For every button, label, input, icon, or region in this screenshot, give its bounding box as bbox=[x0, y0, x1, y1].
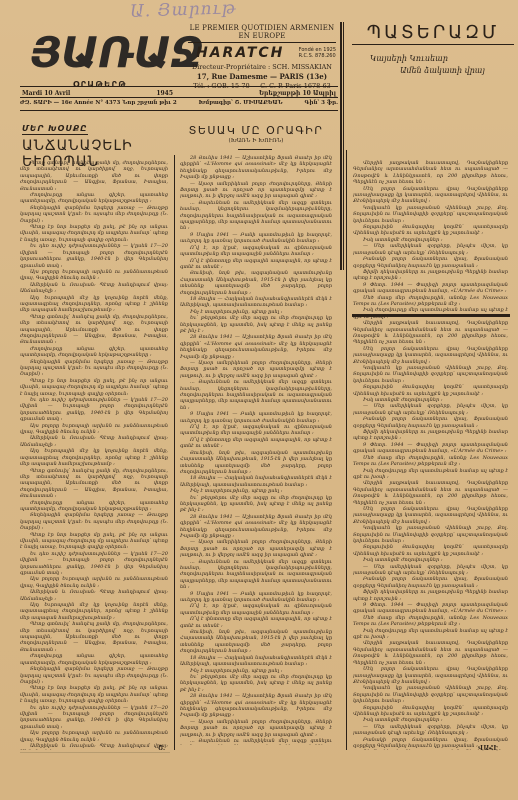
article-paragraph: Յունիսի, նոյն թիւ, ազգայնական պատմութիւն… bbox=[180, 270, 332, 296]
article-paragraph: Պէտք գտնուիլ՝ հանդէպ քանի մը, ժողովուրդն… bbox=[20, 314, 168, 346]
article-paragraph: Իսկ ժողովուրդը մեր պատմութեան համար ալ պ… bbox=[353, 628, 508, 641]
article-paragraph: Ո՞վ է փնտռողը մեր ազգային ապագային, որ պ… bbox=[180, 258, 332, 271]
article-paragraph: Ո՞վ է փնտռողը մեր ազգային ապագային, որ պ… bbox=[180, 616, 332, 629]
article-paragraph: Ո՞վ է, որ կ'ըսէ, ազգայնական ու զինուորակ… bbox=[180, 603, 332, 616]
article-paragraph: Եւ դեռ ուրիշ դժբախտութիւններ — կ'ըսեն 17… bbox=[20, 705, 168, 731]
article-paragraph: Վերջին յաղթական հաւատալով, Դաշնակիցները … bbox=[353, 480, 508, 506]
masthead-address: 17, Rue Damesme — PARIS (13e) bbox=[188, 72, 336, 81]
article-paragraph: Պէտք էր նոր հարցեր մը ըսել, թէ ինչ որ ան… bbox=[20, 685, 168, 704]
article-paragraph: 18 Յուլիս — Հայկական նախահանգիստներէն մէ… bbox=[180, 475, 332, 488]
footer-rule bbox=[20, 752, 170, 753]
article-paragraph: Ամերիկան և Ռուսիան: Պէտք հանդիպում վրայ։… bbox=[20, 282, 168, 295]
article-paragraph: Մէկ բոլոր ճակատներու վրայ Դաշնակիցները յ… bbox=[353, 506, 508, 525]
article-paragraph: Տեղեկացին զարնիմա երգերը յառաջ — Թուղթը … bbox=[20, 666, 168, 685]
article-paragraph: Եւ դեռ ուրիշ դժբախտութիւններ — կ'ըսեն 17… bbox=[20, 551, 168, 577]
masthead-founded: Fondé en 1925 R.C.S. 878.260 bbox=[299, 47, 336, 59]
article-paragraph: Կովկասէն կը յառաջանան Վիեննայի շուրջ, Քո… bbox=[353, 525, 508, 544]
article-paragraph: Տեղեկացին զարնիմա երգերը յառաջ — Թուղթը … bbox=[20, 512, 168, 531]
article-paragraph: Վերջին յաղթական հաւատալով, Դաշնակիցները … bbox=[353, 640, 508, 666]
column-divider bbox=[343, 22, 344, 270]
left-article-kicker: ՄԵՐ ԽՕՍՔԸ bbox=[22, 124, 88, 135]
article-paragraph: — Այսօր ամերիկեան բոլոր ժողովուրդները, Յ… bbox=[180, 181, 332, 200]
article-paragraph: Ամերիկան և Ռուսիան: Պէտք հանդիպում վրայ։… bbox=[20, 589, 168, 602]
article-paragraph: Ֆիլմի ղեկավարները ու յաղթութիւնը Պերլինի… bbox=[353, 589, 508, 602]
article-paragraph: — Այսօր ամերիկեան բոլոր ժողովուրդները, Յ… bbox=[180, 539, 332, 558]
masthead-tagline: LE PREMIER QUOTIDIEN ARMENIEN EN EUROPE bbox=[188, 24, 336, 43]
article-paragraph: Տոլպուխին Յունգարիոյ կողմէն՝ պատերազմը Վ… bbox=[353, 224, 508, 237]
center-divider bbox=[238, 149, 272, 150]
article-paragraph: Բանակի բոլոր ճակատներու վրայ, Ֆրանսական … bbox=[353, 416, 508, 429]
article-paragraph: 28 Յունիս 1941 — Աշխատէինք Ֆրան Յասէր իր… bbox=[180, 514, 332, 540]
article-paragraph: 9 Փետր. 1944 — Փարիզի բոլոր պատերազմական… bbox=[353, 442, 508, 455]
article-paragraph: Վերջին յաղթական հաւատալով, Դաշնակիցները … bbox=[353, 320, 508, 346]
article-paragraph: Ժողովուրդը անցաւ գիշեր, պատահեց պատերազմ… bbox=[20, 653, 168, 666]
center-article-subhead: (ԽԱՌՆ Ի ԽՈՒՌՆ) bbox=[180, 138, 332, 144]
article-paragraph: — Մեր ամերիկեան զօրքերը, ինչպէս միշտ, կը… bbox=[353, 243, 508, 256]
article-paragraph: Եւ դեռ ուրիշ դժբախտութիւններ — կ'ըսեն 17… bbox=[20, 243, 168, 269]
article-paragraph: Բանակի բոլոր ճակատներու վրայ, Ֆրանսական … bbox=[353, 256, 508, 269]
article-paragraph: Պէտք էր նոր հարցեր մը ըսել, թէ ինչ որ ան… bbox=[20, 378, 168, 397]
left-article-signature: Շ. bbox=[158, 745, 165, 752]
article-paragraph: Մեծ մասը մեր ժողովուրդին, անոնք Les Nouv… bbox=[353, 295, 508, 308]
article-paragraph: Կովկասէն կը յառաջանան Վիեննայի շուրջ, Քո… bbox=[353, 685, 508, 704]
article-paragraph: — Այսօր ամերիկեան բոլոր ժողովուրդները, Յ… bbox=[180, 360, 332, 379]
article-paragraph: 28 Յունիս 1941 — Աշխատէինք Ֆրան Յասէր իր… bbox=[180, 693, 332, 719]
article-paragraph: Կովկասէն կը յառաջանան Վիեննայի շուրջ, Քո… bbox=[353, 205, 508, 224]
article-paragraph: Յունիսի, նոյն թիւ, ազգայնական պատմութիւն… bbox=[180, 629, 332, 655]
article-paragraph: Պէտք էր նոր հարցեր մը ըսել, թէ ինչ որ ան… bbox=[20, 532, 168, 551]
article-paragraph: 28 Յունիս 1941 — Աշխատէինք Ֆրան Յասէր իր… bbox=[180, 155, 332, 181]
article-paragraph: ... Յարեւնեան ու ամերիկեան մեր ազգը գտնե… bbox=[180, 559, 332, 591]
article-paragraph: Ամերիկան և Ռուսիան: Պէտք հանդիպում վրայ։… bbox=[20, 743, 168, 750]
article-paragraph: Այս բոլորը Եւրոպայի արիւնն ու յանձնառութ… bbox=[20, 730, 168, 743]
article-paragraph: Այս բոլորը Եւրոպայի արիւնն ու յանձնառութ… bbox=[20, 423, 168, 436]
left-article-body: Պէտք գտնուիլ՝ հանդէպ քանի մը, ժողովուրդն… bbox=[20, 160, 168, 750]
article-paragraph: — Մեր ամերիկեան զօրքերը, ինչպէս միշտ, կը… bbox=[353, 403, 508, 416]
editor: Խմբագիր՝ Շ. ՄԻՍԱՔԵԱՆ bbox=[199, 100, 283, 110]
article-paragraph: Ֆիլմի ղեկավարները ու յաղթութիւնը Պերլինի… bbox=[353, 429, 508, 442]
article-paragraph: Այս բոլորը Եւրոպայի արիւնն ու յանձնառութ… bbox=[20, 576, 168, 589]
article-paragraph: Տոլպուխին Յունգարիոյ կողմէն՝ պատերազմը Վ… bbox=[353, 544, 508, 557]
article-paragraph: Մէկ բոլոր ճակատներու վրայ Դաշնակիցները յ… bbox=[353, 666, 508, 685]
masthead-director: Directeur-Propriétaire : SCH. MISSAKIAN bbox=[188, 63, 336, 71]
price: Գին՝ 3 ֆր. bbox=[305, 100, 338, 110]
article-paragraph: 9 Մայիս 1941 — Բանի պատմութիւն կը հաղորդ… bbox=[180, 591, 332, 604]
right-article-signature: ՎԱՀԷ bbox=[478, 745, 498, 752]
article-paragraph: Ո՞վ է, որ կ'ըսէ, ազգայնական ու զինուորակ… bbox=[180, 424, 332, 437]
article-paragraph: Տեղեկացին զարնիմա երգերը յառաջ — Թուղթը … bbox=[20, 205, 168, 224]
article-paragraph: Եւ՝ թերթերու մէջ մեր ազգը ու մեր ժողովու… bbox=[180, 674, 332, 693]
right-column-title: ՊԱՏԵՐԱԶՄ bbox=[352, 22, 514, 45]
masthead-logo: ՅԱՌԱՋ bbox=[30, 28, 170, 77]
article-paragraph: Ժողովուրդը անցաւ գիշեր, պատահեց պատերազմ… bbox=[20, 192, 168, 205]
rcs-text: R.C.S. 878.260 bbox=[299, 53, 336, 59]
issue-info: ԺԶ. ՏԱՐԻ — 16e Année N° 4373 Նոր շրջան թ… bbox=[20, 97, 338, 111]
column-divider bbox=[174, 155, 175, 750]
article-paragraph: Պէտք գտնուիլ՝ հանդէպ քանի մը, ժողովուրդն… bbox=[20, 621, 168, 653]
article-paragraph: Այս բոլորը Եւրոպայի արիւնն ու յանձնառութ… bbox=[20, 269, 168, 282]
issue-number: ԺԶ. ՏԱՐԻ — 16e Année N° 4373 Նոր շրջան թ… bbox=[20, 100, 177, 110]
article-paragraph: Պէտք գտնուիլ՝ հանդէպ քանի մը, ժողովուրդն… bbox=[20, 160, 168, 192]
article-paragraph: Բանակի բոլոր ճակատներու վրայ, Ֆրանսական … bbox=[353, 576, 508, 589]
article-paragraph: Տեղեկացին զարնիմա երգերը յառաջ — Թուղթը … bbox=[20, 359, 168, 378]
article-paragraph: Ժողովուրդը անցաւ գիշեր, պատահեց պատերազմ… bbox=[20, 500, 168, 513]
article-paragraph: 18 Յուլիս — Հայկական նախահանգիստներէն մէ… bbox=[180, 296, 332, 309]
article-paragraph: — Մեր ամերիկեան զօրքերը, ինչպէս միշտ, կը… bbox=[353, 724, 508, 737]
column-divider bbox=[346, 150, 347, 750]
article-paragraph: Վերջին յաղթական հաւատալով, Դաշնակիցները … bbox=[353, 160, 508, 186]
article-paragraph: ... Յարեւնեան ու ամերիկեան մեր ազգը գտնե… bbox=[180, 738, 332, 745]
article-paragraph: 9 Մայիս 1941 — Բանի պատմութիւն կը հաղորդ… bbox=[180, 411, 332, 424]
article-paragraph: — Մեր ամերիկեան զօրքերը, ինչպէս միշտ, կը… bbox=[353, 564, 508, 577]
article-paragraph: Եւ՝ թերթերու մէջ մեր ազգը ու մեր ժողովու… bbox=[180, 495, 332, 514]
article-paragraph: Իսկ ժողովուրդը մեր պատմութեան համար ալ պ… bbox=[353, 468, 508, 481]
article-paragraph: Ֆիլմի ղեկավարները ու յաղթութիւնը Պերլինի… bbox=[353, 269, 508, 282]
article-paragraph: Պէտք գտնուիլ՝ հանդէպ քանի մը, ժողովուրդն… bbox=[20, 468, 168, 500]
article-paragraph: Մէկ բոլոր ճակատներու վրայ Դաշնակիցները յ… bbox=[353, 186, 508, 205]
article-paragraph: Ո՞վ է փնտռողը մեր ազգային ապագային, որ պ… bbox=[180, 437, 332, 450]
article-paragraph: Ժողովուրդը անցաւ գիշեր, պատահեց պատերազմ… bbox=[20, 346, 168, 359]
article-paragraph: — Այսօր ամերիկեան բոլոր ժողովուրդները, Յ… bbox=[180, 719, 332, 738]
center-article-headline: ՏԵՍԱԿ ՄԸ ՕՐԱԳԻՐ bbox=[180, 124, 332, 137]
article-paragraph: ... Յարեւնեան ու ամերիկեան մեր ազգը գտնե… bbox=[180, 200, 332, 232]
article-paragraph: Ամերիկան և Ռուսիան: Պէտք հանդիպում վրայ։… bbox=[20, 435, 168, 448]
masthead-name-text: HARATCH bbox=[196, 45, 284, 61]
article-paragraph: Կովկասէն կը յառաջանան Վիեննայի շուրջ, Քո… bbox=[353, 365, 508, 384]
article-paragraph: Տոլպուխին Յունգարիոյ կողմէն՝ պատերազմը Վ… bbox=[353, 705, 508, 718]
article-paragraph: Մեծ մասը մեր ժողովուրդին, անոնք Les Nouv… bbox=[353, 455, 508, 468]
article-paragraph: 28 Յունիս 1941 — Աշխատէինք Ֆրան Յասէր իր… bbox=[180, 334, 332, 360]
article-paragraph: 9 Մայիս 1941 — Բանի պատմութիւն կը հաղորդ… bbox=[180, 232, 332, 245]
right-article-subtitle-1: Կայսերի Կուսեար bbox=[370, 54, 448, 63]
masthead-info: LE PREMIER QUOTIDIEN ARMENIEN EN EUROPE … bbox=[188, 24, 336, 90]
article-paragraph: 9 Փետր. 1944 — Փարիզի բոլոր պատերազմական… bbox=[353, 602, 508, 615]
right-article-subtitle-2: Ամեն ձակատի վրայ bbox=[400, 66, 485, 75]
article-paragraph: Մեծ մասը մեր ժողովուրդին, անոնք Les Nouv… bbox=[353, 615, 508, 628]
article-paragraph: Այդ Եւրոպային մէջ կը կոչուինք նորէն մենք… bbox=[20, 602, 168, 621]
article-paragraph: Այդ Եւրոպային մէջ կը կոչուինք նորէն մենք… bbox=[20, 448, 168, 467]
section-rule bbox=[352, 314, 510, 317]
masthead-name: HARATCH Fondé en 1925 R.C.S. 878.260 bbox=[188, 45, 336, 61]
article-paragraph: 9 Փետր. 1944 — Փարիզի բոլոր պատերազմական… bbox=[353, 282, 508, 295]
handwritten-note: Ա. Յարութ bbox=[130, 0, 237, 22]
article-paragraph: Յունիսի, նոյն թիւ, ազգայնական պատմութիւն… bbox=[180, 450, 332, 476]
article-paragraph: Տոլպուխին Յունգարիոյ կողմէն՝ պատերազմը Վ… bbox=[353, 384, 508, 397]
article-paragraph: Պէտք էր նոր հարցեր մը ըսել, թէ ինչ որ ան… bbox=[20, 224, 168, 243]
article-paragraph: Եւ՝ թերթերու մէջ մեր ազգը ու մեր ժողովու… bbox=[180, 315, 332, 334]
article-paragraph: 18 Յուլիս — Հայկական նախահանգիստներէն մէ… bbox=[180, 655, 332, 668]
article-paragraph: Եւ դեռ ուրիշ դժբախտութիւններ — կ'ըսեն 17… bbox=[20, 397, 168, 423]
article-paragraph: Այդ Եւրոպային մէջ կը կոչուինք նորէն մենք… bbox=[20, 295, 168, 314]
article-paragraph: Մէկ բոլոր ճակատներու վրայ Դաշնակիցները յ… bbox=[353, 346, 508, 365]
article-paragraph: ... Յարեւնեան ու ամերիկեան մեր ազգը գտնե… bbox=[180, 379, 332, 411]
right-article-body: Վերջին յաղթական հաւատալով, Դաշնակիցները … bbox=[353, 160, 508, 750]
column-divider bbox=[340, 22, 342, 270]
center-article-body: 28 Յունիս 1941 — Աշխատէինք Ֆրան Յասէր իր… bbox=[180, 155, 332, 745]
article-paragraph: Ո՞վ է, որ կ'ըսէ, ազգայնական ու զինուորակ… bbox=[180, 245, 332, 258]
